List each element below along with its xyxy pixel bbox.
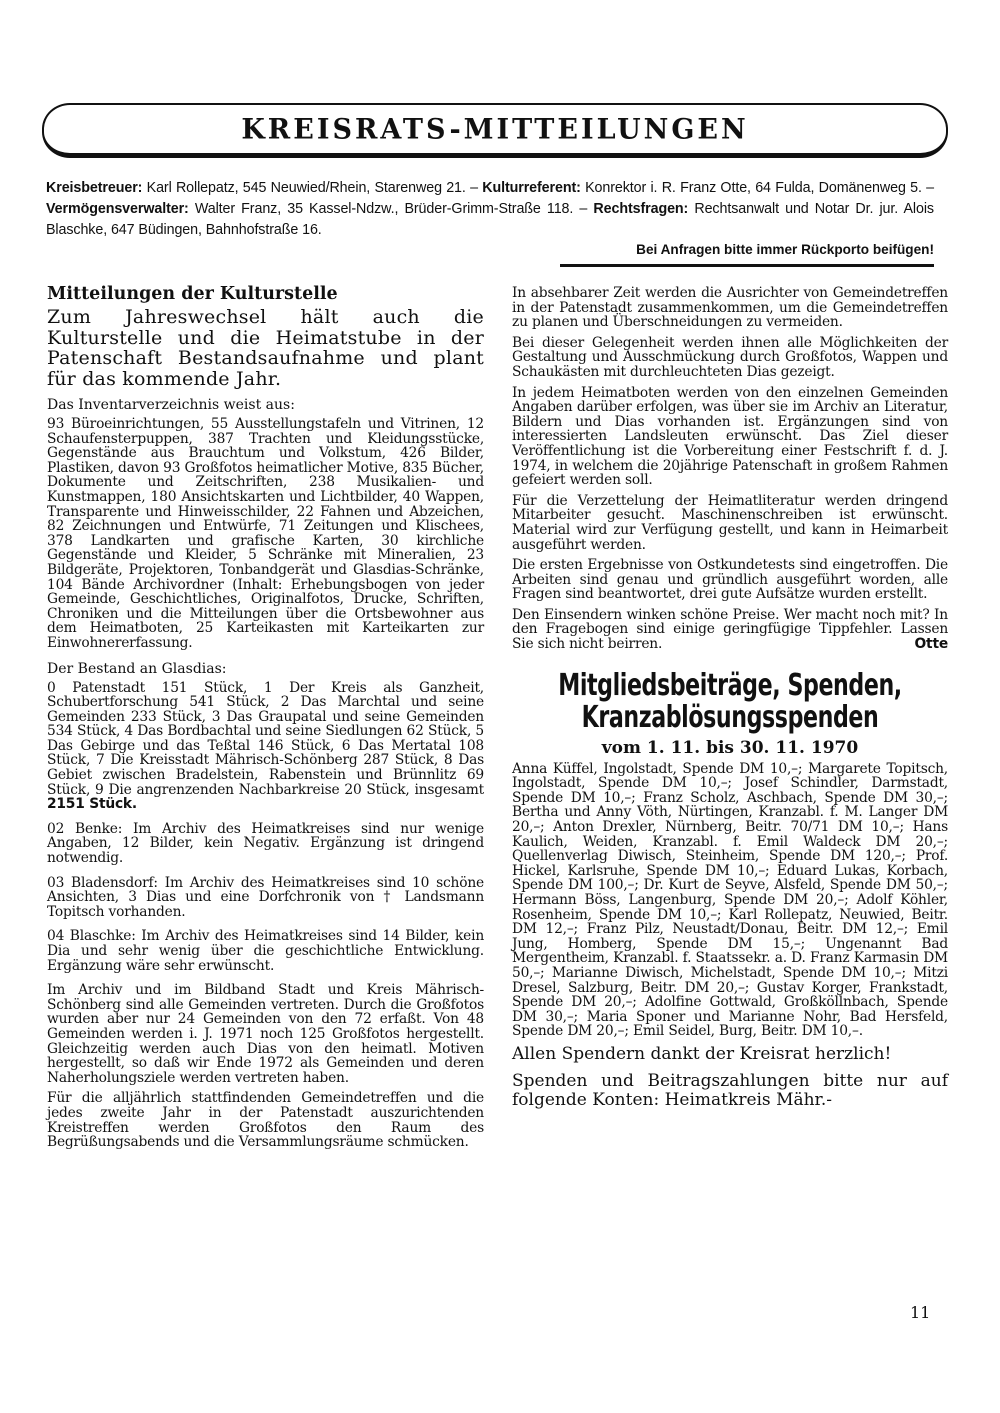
glasdias-paragraph: 0 Patenstadt 151 Stück, 1 Der Kreis als … xyxy=(47,681,484,812)
left-column: Mitteilungen der Kulturstelle Zum Jahres… xyxy=(47,283,484,1156)
masthead-box: KREISRATS-MITTEILUNGEN xyxy=(42,103,948,158)
thanks-paragraph: Allen Spendern dankt der Kreisrat herzli… xyxy=(512,1045,948,1064)
right-column: In absehbarer Zeit werden die Ausrichter… xyxy=(512,286,948,1118)
accounts-paragraph: Spenden und Beitragszahlungen bitte nur … xyxy=(512,1072,948,1110)
paragraph: Im Archiv und im Bildband Stadt und Krei… xyxy=(47,983,484,1085)
divider-rule xyxy=(560,264,934,267)
officer-role: Kreisbetreuer: xyxy=(46,180,142,196)
paragraph: 02 Benke: Im Archiv des Heimatkreises si… xyxy=(47,822,484,866)
donations-title: Mitgliedsbeiträge, Spenden, Kranzablösun… xyxy=(551,670,909,734)
officer-role: Rechtsfragen: xyxy=(593,201,688,217)
paragraph: Für die Verzettelung der Heimatliteratur… xyxy=(512,494,948,552)
paragraph: Die ersten Ergebnisse von Ostkundetests … xyxy=(512,558,948,602)
donations-list: Anna Küffel, Ingolstadt, Spende DM 10,–;… xyxy=(512,762,948,1039)
lead-paragraph: Zum Jahreswechsel hält auch die Kulturst… xyxy=(47,307,484,389)
donations-title-line2: Kranzablösungsspenden xyxy=(551,702,909,734)
paragraph: In absehbarer Zeit werden die Ausrichter… xyxy=(512,286,948,330)
paragraph: Für die alljährlich stattfindenden Gemei… xyxy=(47,1091,484,1149)
officer-role: Vermögensverwalter: xyxy=(46,201,189,217)
officer-role: Kulturreferent: xyxy=(482,180,581,196)
officers-block: Kreisbetreuer: Karl Rollepatz, 545 Neuwi… xyxy=(46,178,934,241)
glasdias-text: 0 Patenstadt 151 Stück, 1 Der Kreis als … xyxy=(47,680,484,798)
document-page: KREISRATS-MITTEILUNGEN Kreisbetreuer: Ka… xyxy=(0,0,1000,1413)
donations-period: vom 1. 11. bis 30. 11. 1970 xyxy=(512,738,948,758)
inventory-intro: Das Inventarverzeichnis weist aus: xyxy=(47,397,484,413)
author-signature: Otte xyxy=(915,637,948,652)
glasdias-total: 2151 Stück. xyxy=(47,796,137,812)
paragraph: In jedem Heimatboten werden von den einz… xyxy=(512,386,948,488)
return-postage-note: Bei Anfragen bitte immer Rückporto beifü… xyxy=(562,242,934,257)
inventory-paragraph: 93 Büroeinrichtungen, 55 Ausstellungstaf… xyxy=(47,417,484,651)
section-heading: Mitteilungen der Kulturstelle xyxy=(47,283,484,305)
paragraph: 03 Bladensdorf: Im Archiv des Heimatkrei… xyxy=(47,876,484,920)
paragraph: Bei dieser Gelegenheit werden ihnen alle… xyxy=(512,336,948,380)
officer-details: Karl Rollepatz, 545 Neuwied/Rhein, Stare… xyxy=(142,180,482,196)
page-number: 11 xyxy=(910,1303,930,1322)
paragraph-text: Den Einsendern winken schöne Preise. Wer… xyxy=(512,607,948,652)
officer-details: Konrektor i. R. Franz Otte, 64 Fulda, Do… xyxy=(581,180,934,196)
paragraph: 04 Blaschke: Im Archiv des Heimatkreises… xyxy=(47,929,484,973)
paragraph-with-signature: Den Einsendern winken schöne Preise. Wer… xyxy=(512,608,948,652)
donations-title-line1: Mitgliedsbeiträge, Spenden, xyxy=(551,670,909,702)
masthead-title: KREISRATS-MITTEILUNGEN xyxy=(241,113,748,146)
glasdias-intro: Der Bestand an Glasdias: xyxy=(47,661,484,677)
officer-details: Walter Franz, 35 Kassel-Ndzw., Brüder-Gr… xyxy=(189,201,594,217)
